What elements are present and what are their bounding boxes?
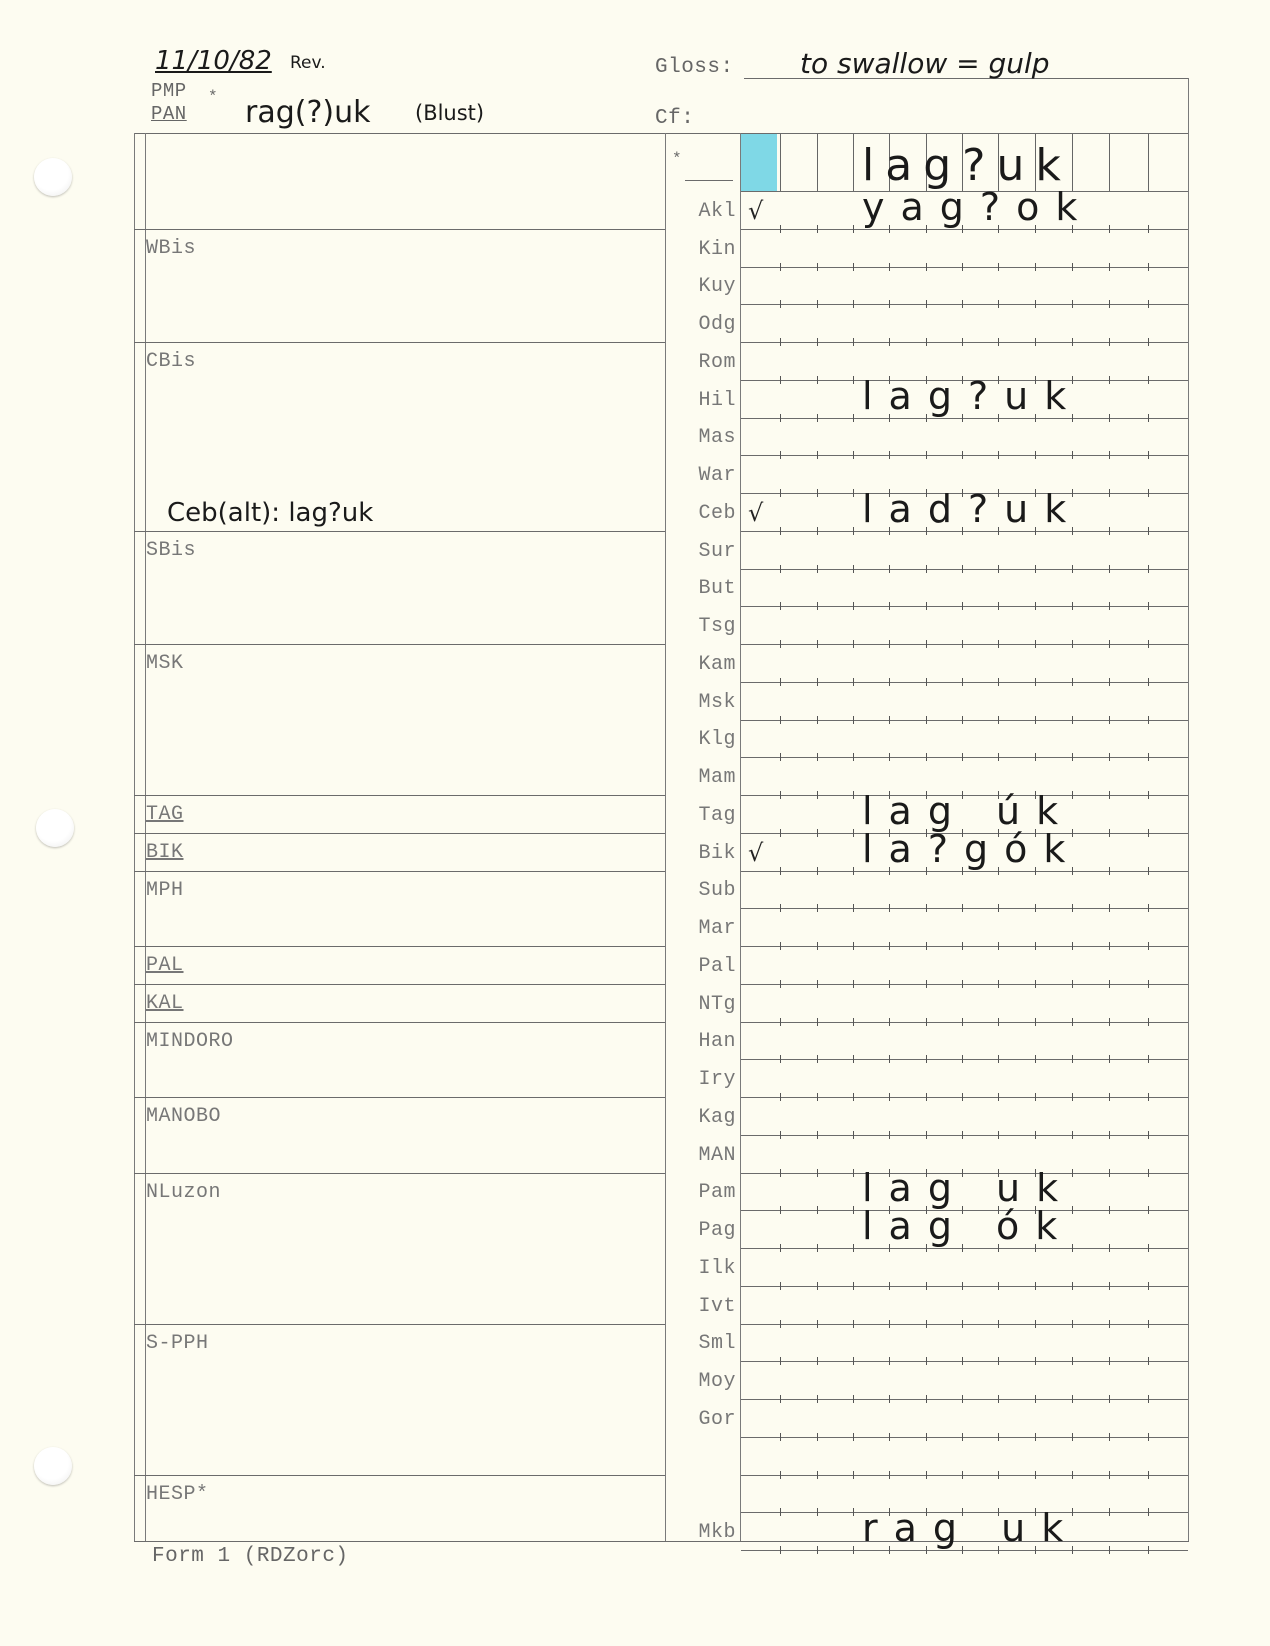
check-mark-icon[interactable]: √ xyxy=(748,499,763,527)
grid-tick xyxy=(1035,904,1036,912)
grid-tick xyxy=(817,451,818,459)
subgroup-label: KAL xyxy=(146,992,184,1015)
grid-tick xyxy=(1148,1357,1149,1365)
grid-tick xyxy=(817,1206,818,1214)
grid-tick xyxy=(998,565,999,573)
grid-tick xyxy=(1109,376,1110,384)
grid-tick xyxy=(1035,1018,1036,1026)
grid-tick xyxy=(962,640,963,648)
grid-tick xyxy=(817,1357,818,1365)
grid-tick xyxy=(853,1131,854,1139)
grid-tick xyxy=(926,753,927,761)
section-divider xyxy=(134,984,665,985)
grid-column-line xyxy=(780,134,781,191)
grid-tick xyxy=(853,1357,854,1365)
grid-tick xyxy=(817,225,818,233)
grid-tick xyxy=(926,1433,927,1441)
grid-tick xyxy=(1109,1471,1110,1479)
grid-tick xyxy=(817,829,818,837)
language-code: Kuy xyxy=(666,275,736,298)
grid-tick xyxy=(853,565,854,573)
grid-tick xyxy=(889,1018,890,1026)
grid-tick xyxy=(1148,451,1149,459)
frame-left-outer xyxy=(134,133,135,1541)
grid-tick xyxy=(1109,1282,1110,1290)
grid-tick xyxy=(962,263,963,271)
grid-tick xyxy=(1035,753,1036,761)
grid-tick xyxy=(926,1093,927,1101)
language-form[interactable]: lag ók xyxy=(862,1204,1073,1248)
grid-tick xyxy=(1072,338,1073,346)
proto-label-pan: PAN xyxy=(151,103,187,125)
grid-tick xyxy=(998,1357,999,1365)
grid-tick xyxy=(853,527,854,535)
language-code: Mar xyxy=(666,917,736,940)
grid-tick xyxy=(1035,640,1036,648)
grid-tick xyxy=(926,300,927,308)
section-divider xyxy=(134,871,665,872)
form-label: Form 1 (RDZorc) xyxy=(152,1545,349,1568)
grid-tick xyxy=(817,716,818,724)
grid-tick xyxy=(998,1018,999,1026)
grid-tick xyxy=(1109,942,1110,950)
grid-tick xyxy=(926,1357,927,1365)
grid-tick xyxy=(817,527,818,535)
grid-column-line xyxy=(1109,134,1110,191)
grid-tick xyxy=(817,942,818,950)
grid-tick xyxy=(1148,678,1149,686)
grid-tick xyxy=(780,1169,781,1177)
grid-tick xyxy=(853,1320,854,1328)
grid-tick xyxy=(1148,942,1149,950)
grid-tick xyxy=(780,904,781,912)
language-code: Gor xyxy=(666,1408,736,1431)
grid-tick xyxy=(1109,300,1110,308)
grid-tick xyxy=(926,1471,927,1479)
grid-tick xyxy=(1109,225,1110,233)
grid-tick xyxy=(1148,565,1149,573)
grid-tick xyxy=(1035,300,1036,308)
asterisk: * xyxy=(208,88,218,106)
grid-tick xyxy=(817,1395,818,1403)
check-mark-icon[interactable]: √ xyxy=(748,839,763,867)
grid-tick xyxy=(889,1471,890,1479)
subgroup-label: SBis xyxy=(146,539,196,562)
grid-tick xyxy=(780,1055,781,1063)
grid-tick xyxy=(1148,904,1149,912)
row-baseline xyxy=(741,644,1188,645)
section-divider xyxy=(134,342,665,343)
language-code: Tag xyxy=(666,804,736,827)
grid-tick xyxy=(1109,980,1110,988)
grid-tick xyxy=(780,300,781,308)
language-code: Akl xyxy=(666,200,736,223)
section-divider xyxy=(134,1022,665,1023)
grid-tick xyxy=(780,1395,781,1403)
grid-tick xyxy=(817,414,818,422)
grid-tick xyxy=(962,1055,963,1063)
language-form[interactable]: lag?uk xyxy=(862,374,1082,418)
gloss-label: Gloss: xyxy=(655,56,734,79)
grid-tick xyxy=(780,1471,781,1479)
grid-tick xyxy=(998,338,999,346)
grid-tick xyxy=(1148,1131,1149,1139)
grid-tick xyxy=(962,338,963,346)
grid-tick xyxy=(1109,829,1110,837)
grid-tick xyxy=(780,376,781,384)
grid-tick xyxy=(853,263,854,271)
proto-label-pmp: PMP xyxy=(151,80,187,102)
grid-tick xyxy=(962,565,963,573)
grid-tick xyxy=(1072,1433,1073,1441)
grid-tick xyxy=(1148,640,1149,648)
grid-tick xyxy=(1109,1131,1110,1139)
grid-tick xyxy=(780,980,781,988)
grid-tick xyxy=(889,1433,890,1441)
grid-tick xyxy=(1109,1093,1110,1101)
grid-tick xyxy=(926,1018,927,1026)
language-code: Kam xyxy=(666,653,736,676)
section-divider xyxy=(134,1324,665,1325)
check-mark-icon[interactable]: √ xyxy=(748,197,763,225)
grid-tick xyxy=(1148,338,1149,346)
grid-tick xyxy=(926,640,927,648)
section-divider xyxy=(134,833,665,834)
grid-tick xyxy=(1072,263,1073,271)
row-baseline xyxy=(741,1399,1188,1400)
row-baseline xyxy=(741,720,1188,721)
grid-tick xyxy=(817,904,818,912)
grid-tick xyxy=(853,1169,854,1177)
grid-tick xyxy=(926,451,927,459)
grid-tick xyxy=(780,1131,781,1139)
language-code: Mas xyxy=(666,426,736,449)
grid-tick xyxy=(1109,753,1110,761)
grid-tick xyxy=(817,338,818,346)
grid-tick xyxy=(962,942,963,950)
grid-tick xyxy=(1109,1206,1110,1214)
frame-top xyxy=(134,133,1189,134)
section-divider xyxy=(134,1475,665,1476)
grid-tick xyxy=(1148,1206,1149,1214)
grid-tick xyxy=(1109,716,1110,724)
star-row-form[interactable]: lag?uk xyxy=(862,140,1072,191)
grid-tick xyxy=(1072,1018,1073,1026)
grid-tick xyxy=(1072,300,1073,308)
grid-tick xyxy=(926,716,927,724)
grid-tick xyxy=(780,565,781,573)
grid-tick xyxy=(853,678,854,686)
grid-tick xyxy=(998,1433,999,1441)
grid-tick xyxy=(853,867,854,875)
grid-tick xyxy=(1035,1131,1036,1139)
grid-tick xyxy=(998,716,999,724)
row-baseline xyxy=(741,682,1188,683)
grid-tick xyxy=(1072,1093,1073,1101)
grid-tick xyxy=(889,451,890,459)
punch-hole-top xyxy=(34,158,72,196)
language-form[interactable]: lad?uk xyxy=(862,487,1082,531)
grid-tick xyxy=(926,980,927,988)
frame-left-inner xyxy=(145,133,146,1541)
grid-tick xyxy=(1109,1395,1110,1403)
grid-tick xyxy=(1148,1169,1149,1177)
cf-label: Cf: xyxy=(655,107,694,130)
sections-divider xyxy=(665,133,666,1541)
language-code: Han xyxy=(666,1030,736,1053)
grid-tick xyxy=(962,1320,963,1328)
language-code: Mkb xyxy=(666,1521,736,1544)
grid-tick xyxy=(926,602,927,610)
grid-tick xyxy=(1035,1055,1036,1063)
grid-tick xyxy=(817,602,818,610)
grid-tick xyxy=(1109,451,1110,459)
grid-tick xyxy=(1148,1395,1149,1403)
language-code: Odg xyxy=(666,313,736,336)
row-baseline xyxy=(741,1286,1188,1287)
grid-tick xyxy=(889,753,890,761)
grid-tick xyxy=(962,904,963,912)
grid-tick xyxy=(817,867,818,875)
grid-tick xyxy=(1148,867,1149,875)
grid-tick xyxy=(1109,1018,1110,1026)
grid-tick xyxy=(1072,1131,1073,1139)
grid-tick xyxy=(817,1055,818,1063)
grid-tick xyxy=(889,1131,890,1139)
grid-tick xyxy=(1148,300,1149,308)
cf-box-right xyxy=(1188,78,1189,133)
grid-tick xyxy=(1072,1055,1073,1063)
grid-tick xyxy=(853,1244,854,1252)
grid-tick xyxy=(853,1093,854,1101)
row-baseline xyxy=(741,531,1188,532)
grid-tick xyxy=(817,489,818,497)
grid-tick xyxy=(1072,451,1073,459)
subgroup-label: MSK xyxy=(146,652,184,675)
grid-tick xyxy=(780,1093,781,1101)
grid-tick xyxy=(817,300,818,308)
language-code: Klg xyxy=(666,728,736,751)
grid-tick xyxy=(780,1508,781,1516)
grid-tick xyxy=(998,1093,999,1101)
row-baseline xyxy=(741,304,1188,305)
grid-tick xyxy=(853,1433,854,1441)
grid-tick xyxy=(1072,1357,1073,1365)
grid-tick xyxy=(1109,489,1110,497)
grid-tick xyxy=(998,451,999,459)
grid-tick xyxy=(1035,1395,1036,1403)
grid-tick xyxy=(998,1471,999,1479)
row-baseline xyxy=(741,984,1188,985)
grid-tick xyxy=(780,678,781,686)
row-baseline xyxy=(741,342,1188,343)
grid-tick xyxy=(1109,867,1110,875)
grid-tick xyxy=(1148,791,1149,799)
grid-tick xyxy=(817,1471,818,1479)
grid-tick xyxy=(926,338,927,346)
grid-tick xyxy=(889,640,890,648)
grid-tick xyxy=(1109,1055,1110,1063)
gloss-value[interactable]: to swallow = gulp xyxy=(800,47,1050,80)
grid-column-line xyxy=(1148,134,1149,191)
grid-tick xyxy=(1035,565,1036,573)
grid-tick xyxy=(780,1357,781,1365)
grid-tick xyxy=(1109,602,1110,610)
row-baseline xyxy=(741,757,1188,758)
grid-tick xyxy=(1072,640,1073,648)
grid-tick xyxy=(1148,376,1149,384)
grid-tick xyxy=(962,1357,963,1365)
grid-tick xyxy=(1148,1320,1149,1328)
grid-tick xyxy=(889,1055,890,1063)
language-code: NTg xyxy=(666,993,736,1016)
grid-tick xyxy=(1148,1433,1149,1441)
grid-tick xyxy=(1109,1433,1110,1441)
language-form[interactable]: rag uk xyxy=(862,1506,1079,1550)
grid-tick xyxy=(780,791,781,799)
row-baseline xyxy=(741,1059,1188,1060)
grid-column-line xyxy=(817,134,818,191)
grid-tick xyxy=(998,300,999,308)
language-code: Ivt xyxy=(666,1295,736,1318)
language-code: Sml xyxy=(666,1332,736,1355)
subgroup-label: MINDORO xyxy=(146,1030,234,1053)
subgroup-label: S-PPH xyxy=(146,1332,209,1355)
cebuano-alt-note[interactable]: Ceb(alt): lag?uk xyxy=(167,498,373,528)
grid-tick xyxy=(889,942,890,950)
language-code: Kin xyxy=(666,238,736,261)
date: 11/10/82 xyxy=(155,46,272,76)
grid-tick xyxy=(780,1320,781,1328)
grid-tick xyxy=(1148,753,1149,761)
codes-divider xyxy=(740,133,741,1541)
grid-tick xyxy=(998,1131,999,1139)
grid-tick xyxy=(1109,565,1110,573)
grid-tick xyxy=(926,1282,927,1290)
grid-tick xyxy=(853,716,854,724)
grid-tick xyxy=(853,1282,854,1290)
grid-tick xyxy=(780,640,781,648)
grid-tick xyxy=(1035,1320,1036,1328)
grid-tick xyxy=(889,602,890,610)
grid-tick xyxy=(889,565,890,573)
grid-tick xyxy=(1148,1055,1149,1063)
grid-tick xyxy=(817,1546,818,1554)
language-code: But xyxy=(666,577,736,600)
grid-tick xyxy=(1148,602,1149,610)
grid-tick xyxy=(1072,980,1073,988)
grid-tick xyxy=(1035,1433,1036,1441)
grid-tick xyxy=(1035,980,1036,988)
frame-right xyxy=(1188,133,1189,1541)
grid-tick xyxy=(998,904,999,912)
subgroup-label: BIK xyxy=(146,841,184,864)
grid-tick xyxy=(1148,980,1149,988)
grid-tick xyxy=(780,414,781,422)
grid-column-line xyxy=(1072,134,1073,191)
subgroup-label: TAG xyxy=(146,803,184,826)
grid-tick xyxy=(926,1395,927,1403)
row-baseline xyxy=(741,229,1188,230)
grid-tick xyxy=(889,1395,890,1403)
grid-tick xyxy=(962,980,963,988)
grid-tick xyxy=(1148,489,1149,497)
language-form[interactable]: yag?ok xyxy=(862,185,1093,229)
grid-tick xyxy=(962,1395,963,1403)
grid-tick xyxy=(1148,1508,1149,1516)
language-code: Iry xyxy=(666,1068,736,1091)
grid-tick xyxy=(817,791,818,799)
grid-tick xyxy=(1109,414,1110,422)
grid-tick xyxy=(817,1244,818,1252)
grid-tick xyxy=(962,1018,963,1026)
grid-tick xyxy=(780,1433,781,1441)
grid-tick xyxy=(926,904,927,912)
grid-tick xyxy=(926,565,927,573)
grid-tick xyxy=(817,980,818,988)
subgroup-label: CBis xyxy=(146,350,196,373)
grid-tick xyxy=(853,451,854,459)
grid-tick xyxy=(962,1282,963,1290)
language-form[interactable]: la?gók xyxy=(862,827,1081,871)
grid-tick xyxy=(853,1206,854,1214)
grid-tick xyxy=(998,602,999,610)
grid-tick xyxy=(998,980,999,988)
grid-tick xyxy=(926,1055,927,1063)
grid-tick xyxy=(1109,1320,1110,1328)
grid-tick xyxy=(780,489,781,497)
grid-tick xyxy=(1109,1357,1110,1365)
language-code: Kag xyxy=(666,1106,736,1129)
row-baseline xyxy=(741,1135,1188,1136)
subgroup-label: PAL xyxy=(146,954,184,977)
grid-tick xyxy=(817,565,818,573)
grid-tick xyxy=(780,942,781,950)
language-code: MAN xyxy=(666,1144,736,1167)
grid-tick xyxy=(998,263,999,271)
language-code: Hil xyxy=(666,389,736,412)
grid-tick xyxy=(1109,678,1110,686)
language-code: Moy xyxy=(666,1370,736,1393)
grid-tick xyxy=(889,300,890,308)
grid-tick xyxy=(853,1471,854,1479)
row-baseline xyxy=(741,1324,1188,1325)
grid-tick xyxy=(780,338,781,346)
grid-tick xyxy=(926,263,927,271)
punch-hole-middle xyxy=(36,809,74,847)
grid-tick xyxy=(1148,1018,1149,1026)
grid-tick xyxy=(853,338,854,346)
grid-tick xyxy=(780,1546,781,1554)
grid-tick xyxy=(817,376,818,384)
grid-tick xyxy=(1109,1244,1110,1252)
grid-tick xyxy=(1072,678,1073,686)
grid-tick xyxy=(998,1395,999,1403)
grid-tick xyxy=(1148,1546,1149,1554)
grid-tick xyxy=(853,414,854,422)
grid-tick xyxy=(1072,753,1073,761)
row-baseline xyxy=(741,871,1188,872)
grid-tick xyxy=(853,376,854,384)
grid-tick xyxy=(853,1508,854,1516)
grid-tick xyxy=(1148,829,1149,837)
row-baseline xyxy=(741,908,1188,909)
grid-tick xyxy=(853,904,854,912)
subgroup-label: MANOBO xyxy=(146,1105,221,1128)
grid-tick xyxy=(1072,602,1073,610)
grid-tick xyxy=(780,1018,781,1026)
grid-tick xyxy=(998,942,999,950)
